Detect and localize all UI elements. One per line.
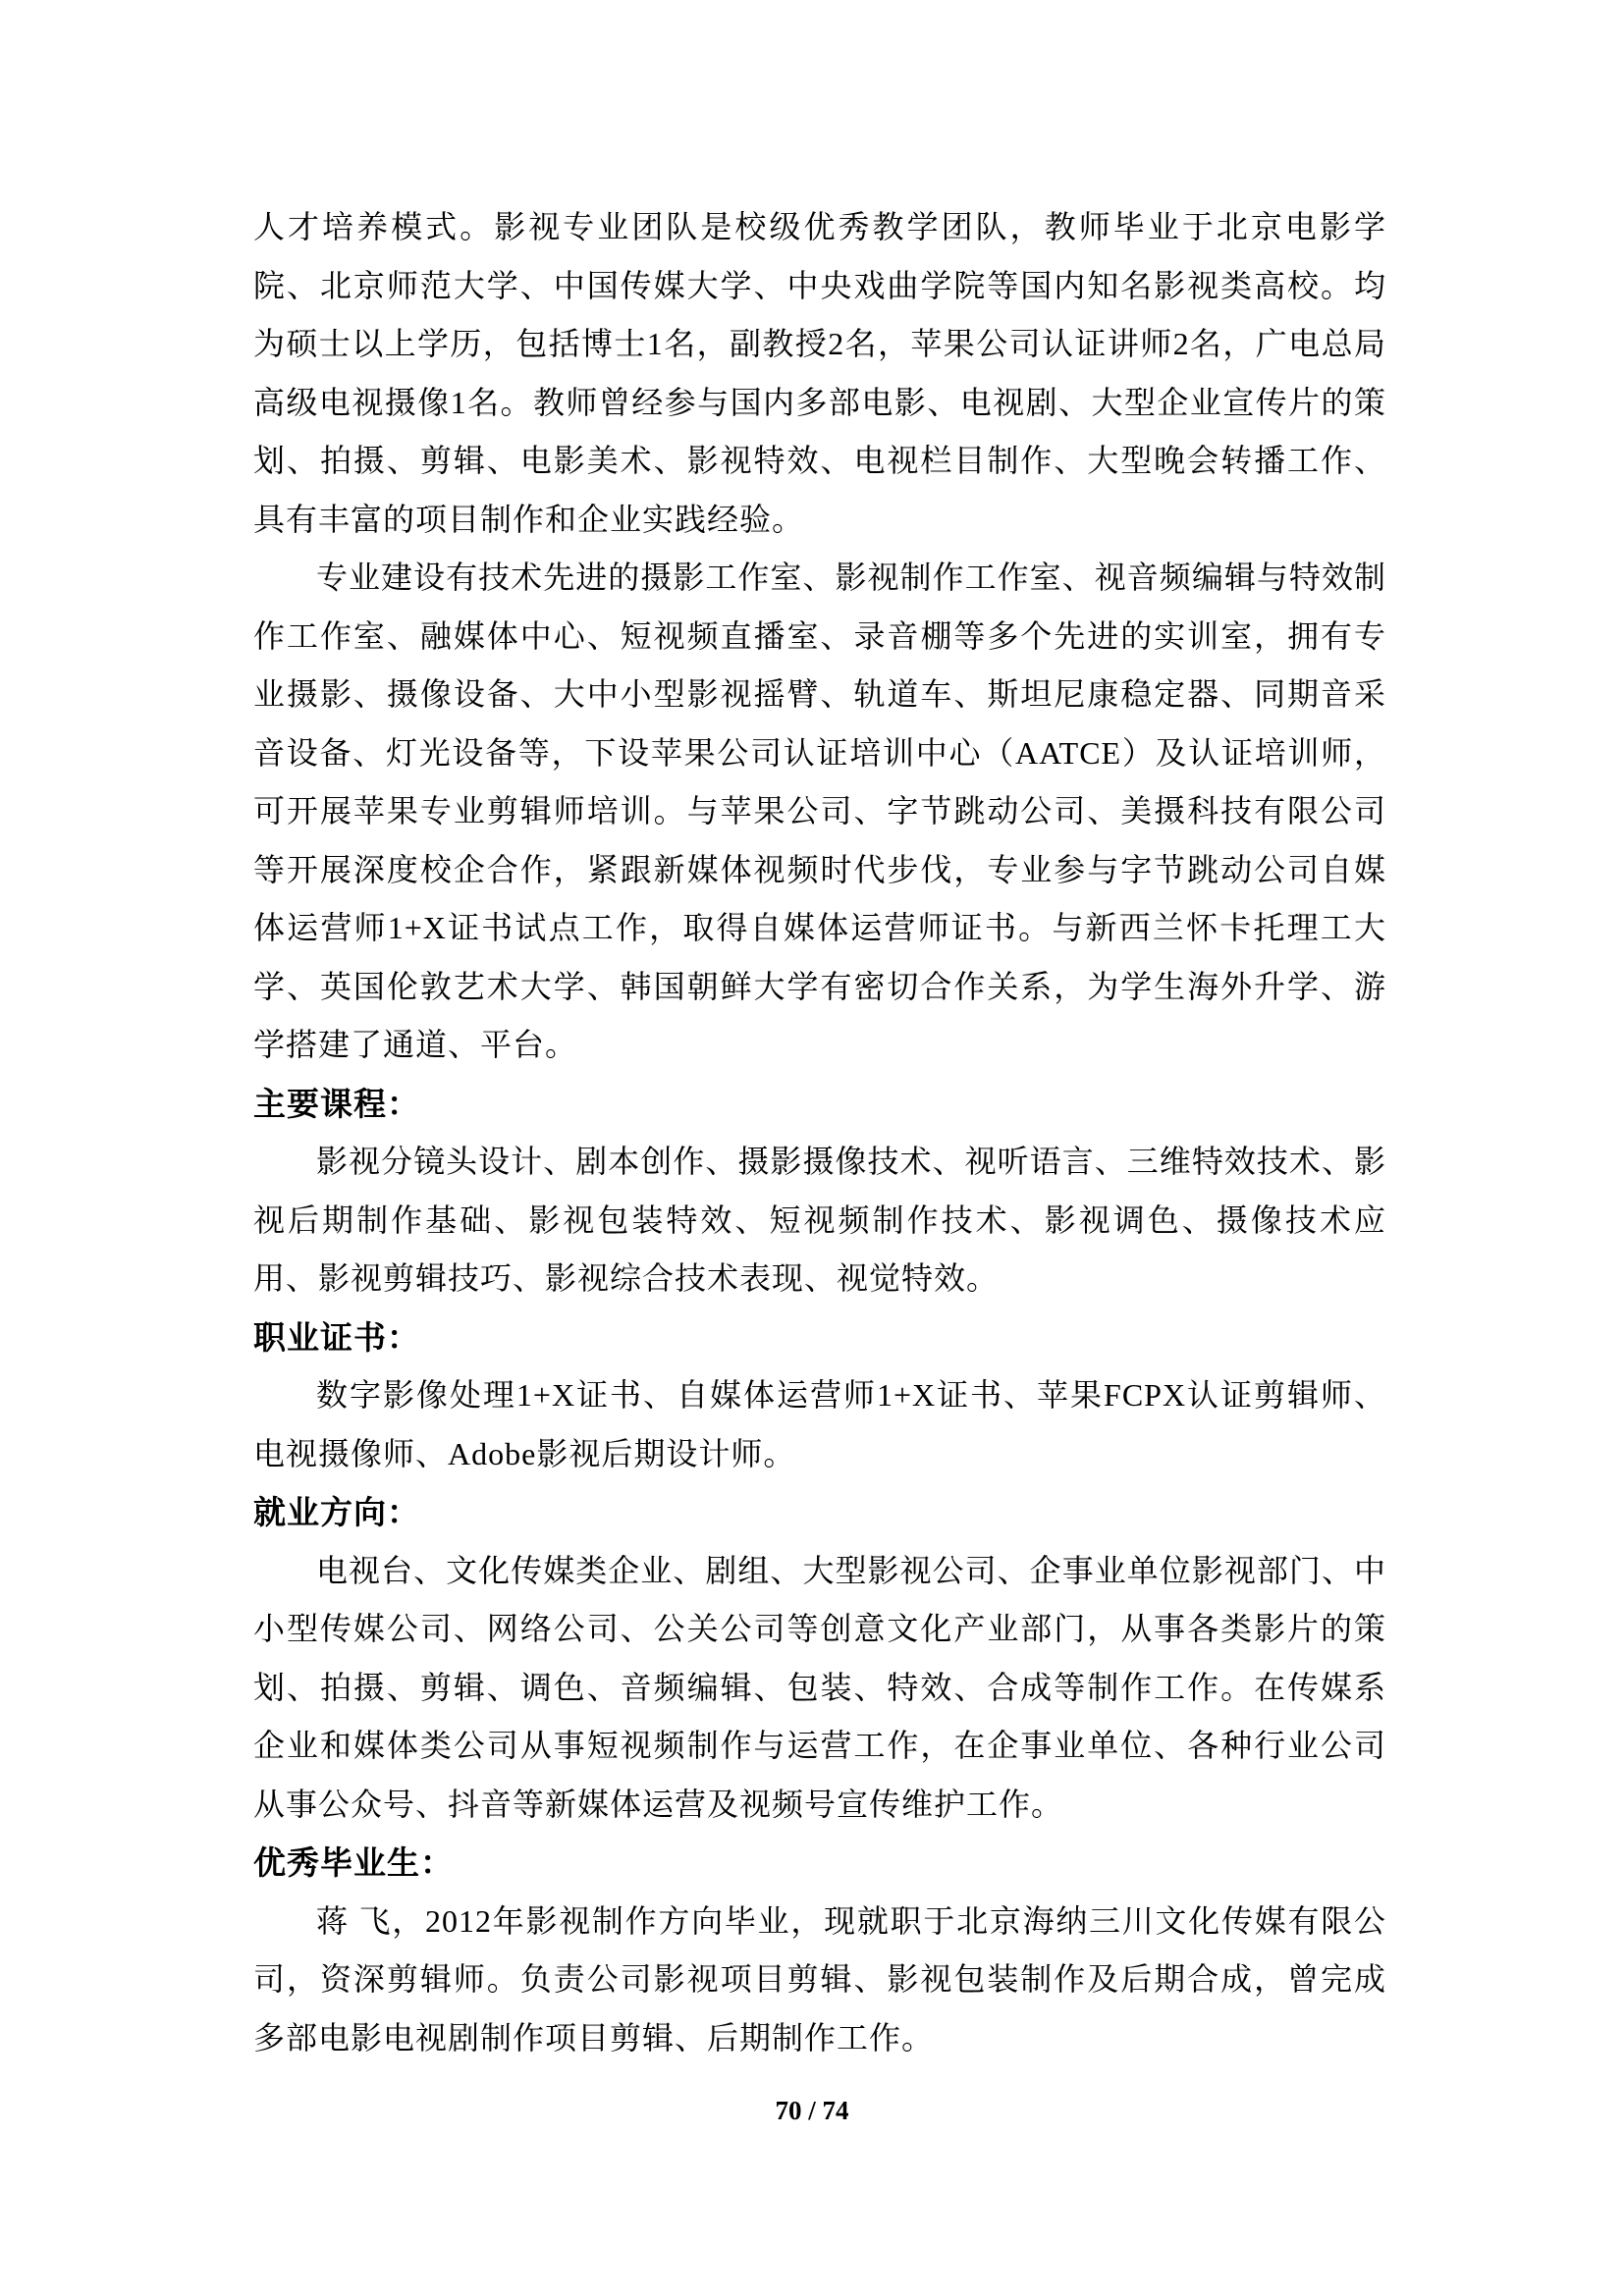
body-paragraph: 蒋 飞，2012年影视制作方向毕业，现就职于北京海纳三川文化传媒有限公司，资深剪… (253, 1893, 1386, 2068)
body-paragraph: 数字影像处理1+X证书、自媒体运营师1+X证书、苹果FCPX认证剪辑师、电视摄像… (253, 1366, 1386, 1483)
body-paragraph: 人才培养模式。影视专业团队是校级优秀教学团队，教师毕业于北京电影学院、北京师范大… (253, 198, 1386, 549)
body-paragraph: 电视台、文化传媒类企业、剧组、大型影视公司、企事业单位影视部门、中小型传媒公司、… (253, 1542, 1386, 1835)
document-page: 人才培养模式。影视专业团队是校级优秀教学团队，教师毕业于北京电影学院、北京师范大… (0, 0, 1624, 2296)
body-paragraph: 专业建设有技术先进的摄影工作室、影视制作工作室、视音频编辑与特效制作工作室、融媒… (253, 549, 1386, 1075)
document-body: 人才培养模式。影视专业团队是校级优秀教学团队，教师毕业于北京电影学院、北京师范大… (253, 198, 1386, 2067)
section-heading: 就业方向： (253, 1483, 1386, 1542)
body-paragraph: 影视分镜头设计、剧本创作、摄影摄像技术、视听语言、三维特效技术、影视后期制作基础… (253, 1133, 1386, 1308)
section-heading: 优秀毕业生： (253, 1834, 1386, 1893)
section-heading: 主要课程： (253, 1075, 1386, 1134)
page-number: 70 / 74 (0, 2091, 1624, 2130)
section-heading: 职业证书： (253, 1308, 1386, 1367)
